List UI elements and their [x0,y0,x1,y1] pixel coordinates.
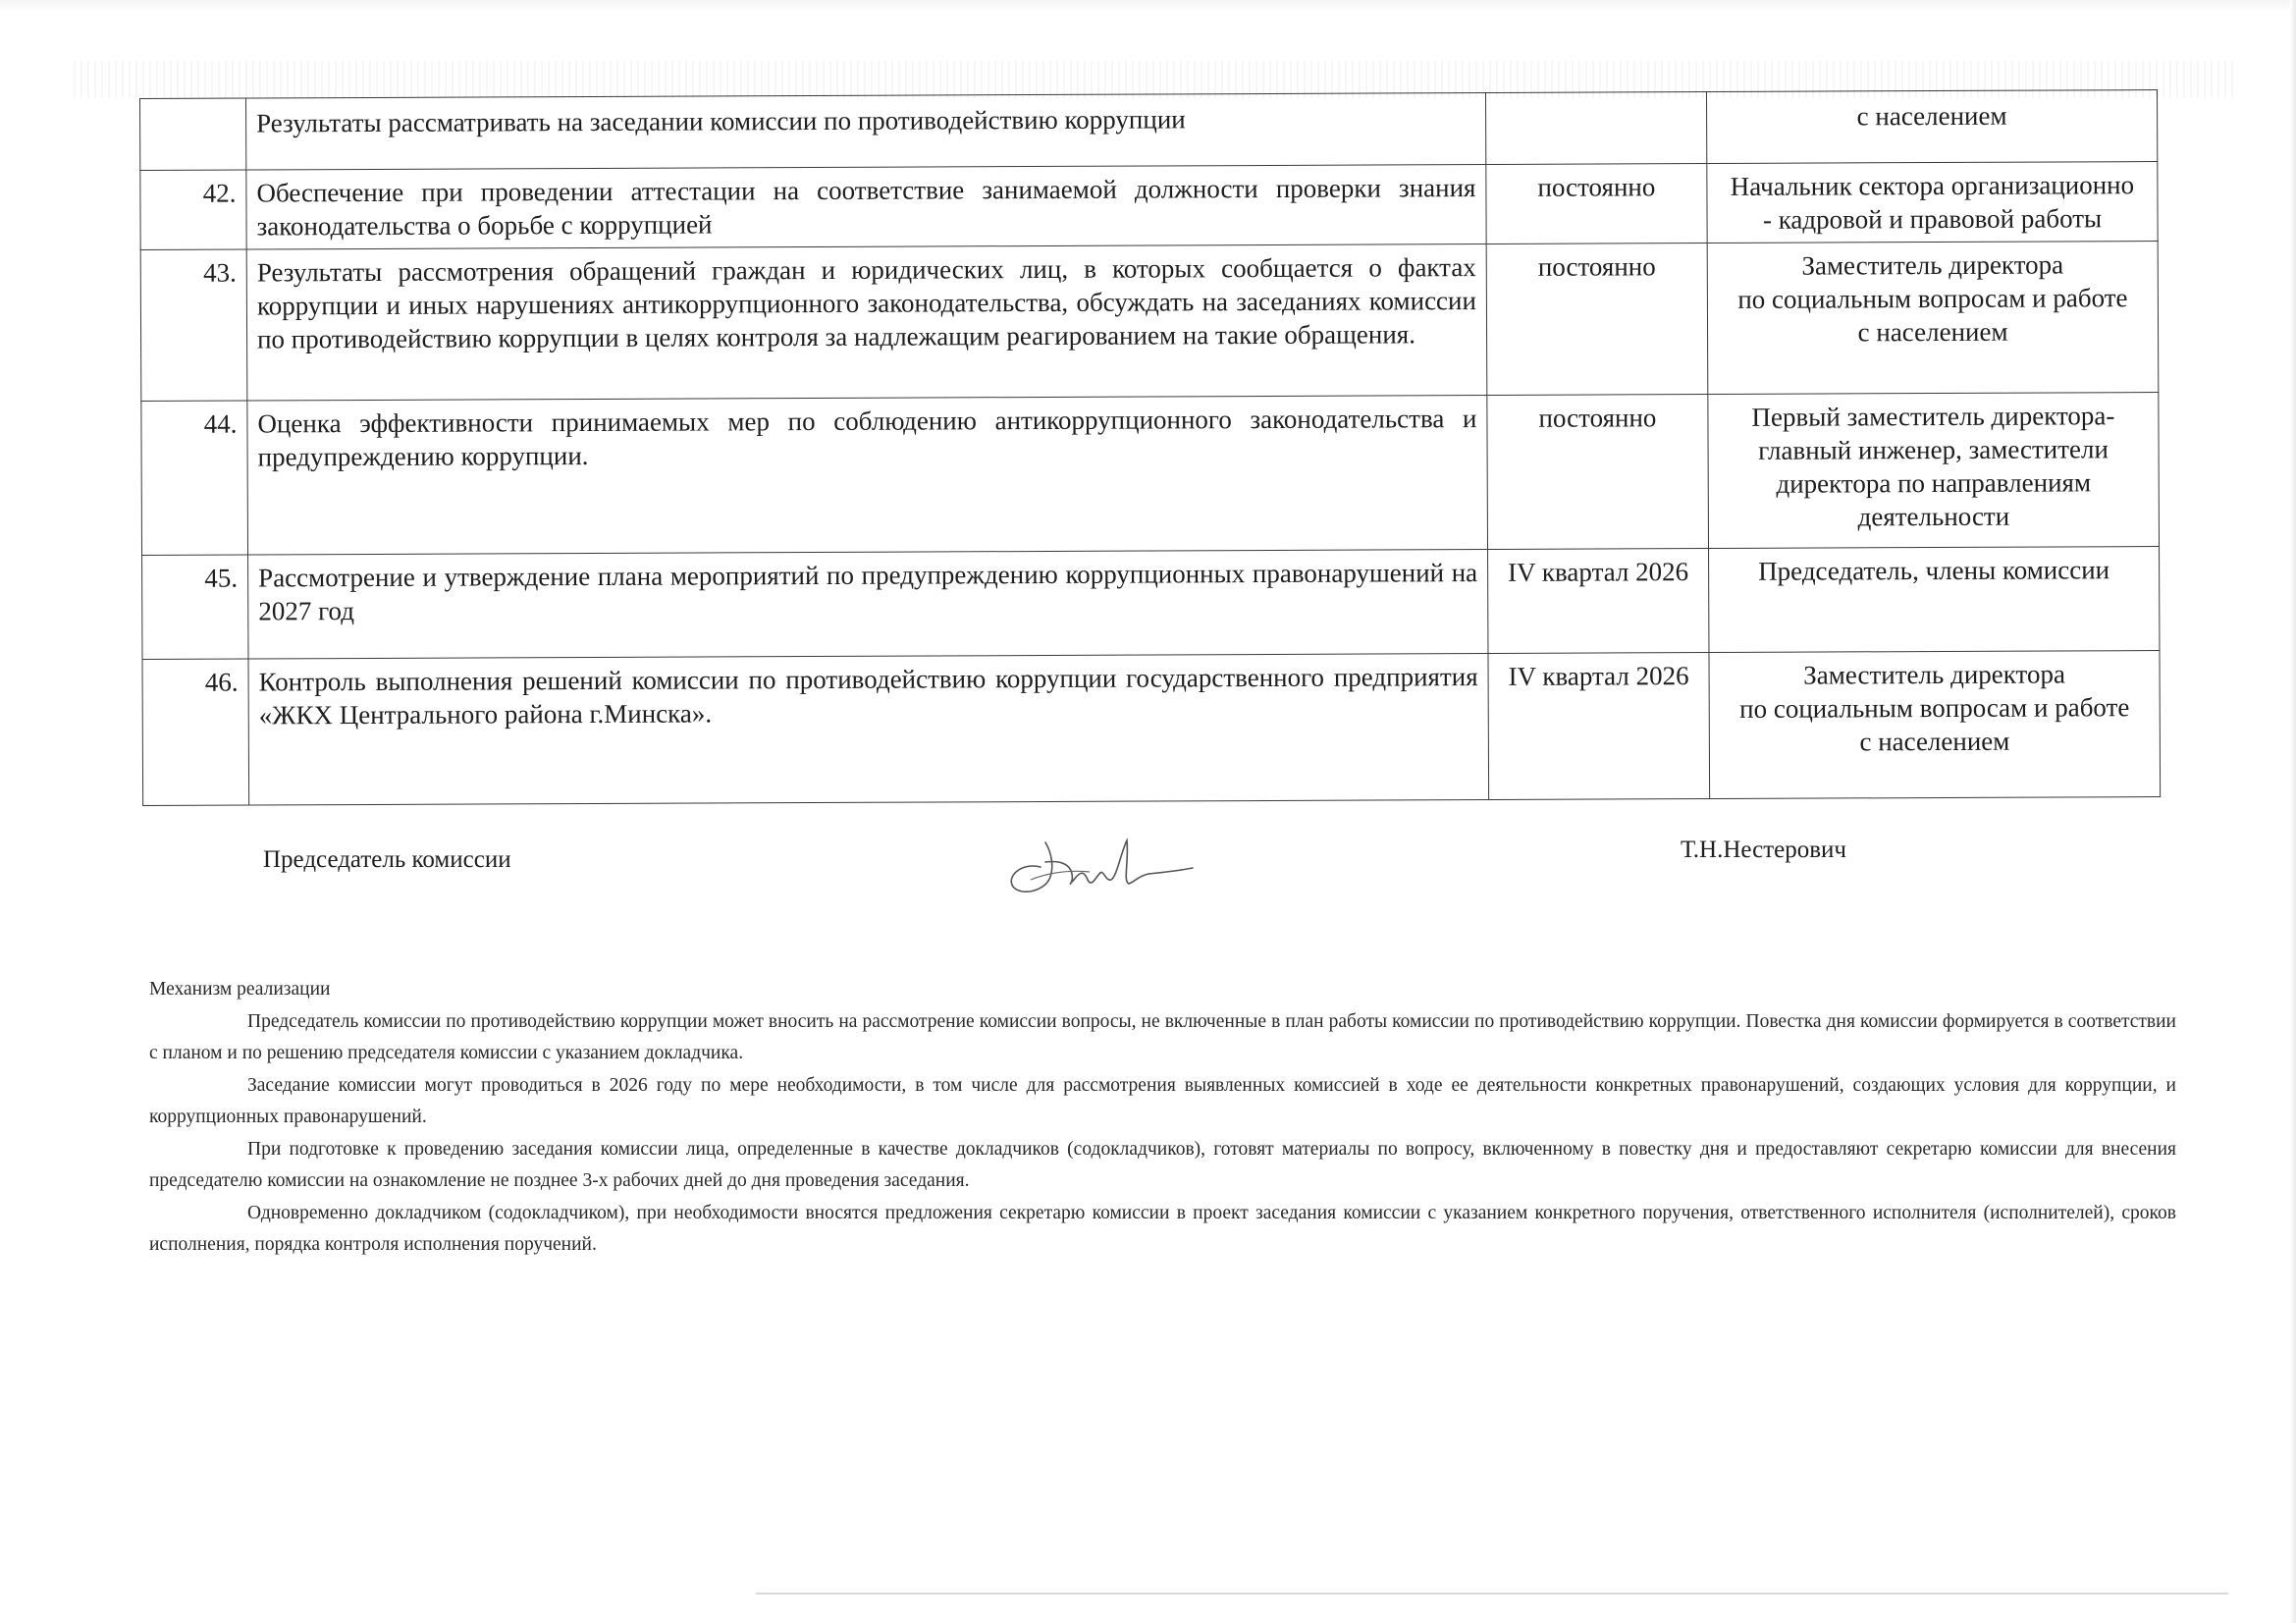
item-term: IV квартал 2026 [1488,549,1709,654]
responsible-line: по социальным вопросам и работе [1720,690,2150,726]
item-number: 42. [140,170,246,249]
responsible-line: Первый заместитель директора- [1718,399,2148,434]
item-responsible: Начальник сектора организационно - кадро… [1707,162,2158,243]
implementation-mechanism: Механизм реализации Председатель комисси… [149,974,2176,1262]
item-term [1485,92,1706,165]
item-term: постоянно [1486,164,1707,244]
responsible-line: главный инженер, заместители [1719,432,2149,467]
item-term: постоянно [1487,395,1709,550]
mechanism-paragraph: При подготовке к проведению заседания ко… [149,1134,2176,1198]
responsible-line: деятельности [1719,499,2149,534]
table-row-42: 42. Обеспечение при проведении аттестаци… [140,162,2158,250]
responsible-line: Начальник сектора организационно [1717,168,2147,203]
item-responsible: с населением [1706,90,2157,164]
item-text: Обеспечение при проведении аттестации на… [246,165,1486,250]
responsible-line: с населением [1717,98,2147,134]
table-row-43: 43. Результаты рассмотрения обращений гр… [140,242,2159,402]
item-number: 43. [140,249,247,401]
responsible-line: Заместитель директора [1718,247,2148,283]
item-term: постоянно [1486,243,1708,396]
item-text: Рассмотрение и утверждение плана меропри… [248,550,1488,660]
item-text: Оценка эффективности принимаемых мер по … [247,396,1488,556]
item-number: 46. [142,659,249,805]
signatory-name: Т.Н.Нестерович [1681,837,1846,864]
handwritten-signature-icon [1001,823,1296,901]
signatory-title: Председатель комиссии [263,846,511,874]
mechanism-paragraph: Заседание комиссии могут проводиться в 2… [149,1070,2176,1134]
item-text: Контроль выполнения решений комиссии по … [248,654,1489,806]
item-responsible: Председатель, члены комиссии [1709,547,2160,653]
item-text: Результаты рассмотрения обращений гражда… [246,244,1487,402]
responsible-line: Заместитель директора [1720,657,2150,692]
table-row-continuation: Результаты рассматривать на заседании ко… [140,90,2158,171]
responsible-line: директора по направлениям [1719,465,2149,501]
item-text: Результаты рассматривать на заседании ко… [246,93,1486,171]
item-responsible: Первый заместитель директора- главный ин… [1708,393,2160,549]
responsible-line: с населением [1720,724,2150,759]
mechanism-heading: Механизм реализации [149,974,2176,1006]
item-number [140,98,246,170]
item-responsible: Заместитель директора по социальным вопр… [1709,651,2161,799]
scan-bottom-edge [756,1593,2228,1595]
anticorruption-plan-table: Результаты рассматривать на заседании ко… [139,89,2161,806]
item-number: 45. [142,555,248,659]
table-row-45: 45. Рассмотрение и утверждение плана мер… [142,547,2160,660]
scan-top-shadow [0,0,2296,12]
mechanism-paragraph: Председатель комиссии по противодействию… [149,1006,2176,1070]
responsible-line: с населением [1718,314,2148,350]
table-row-46: 46. Контроль выполнения решений комиссии… [142,651,2161,806]
item-responsible: Заместитель директора по социальным вопр… [1707,242,2159,395]
signature-block: Председатель комиссии Т.Н.Нестерович [0,837,2296,915]
item-term: IV квартал 2026 [1488,653,1710,800]
scan-right-edge [2290,0,2296,1623]
responsible-line: - кадровой и правовой работы [1717,201,2147,237]
item-number: 44. [141,401,248,555]
mechanism-paragraph: Одновременно докладчиком (содокладчиком)… [149,1198,2176,1262]
responsible-line: Председатель, члены комиссии [1719,553,2149,588]
table-row-44: 44. Оценка эффективности принимаемых мер… [141,393,2160,556]
responsible-line: по социальным вопросам и работе [1718,281,2148,316]
